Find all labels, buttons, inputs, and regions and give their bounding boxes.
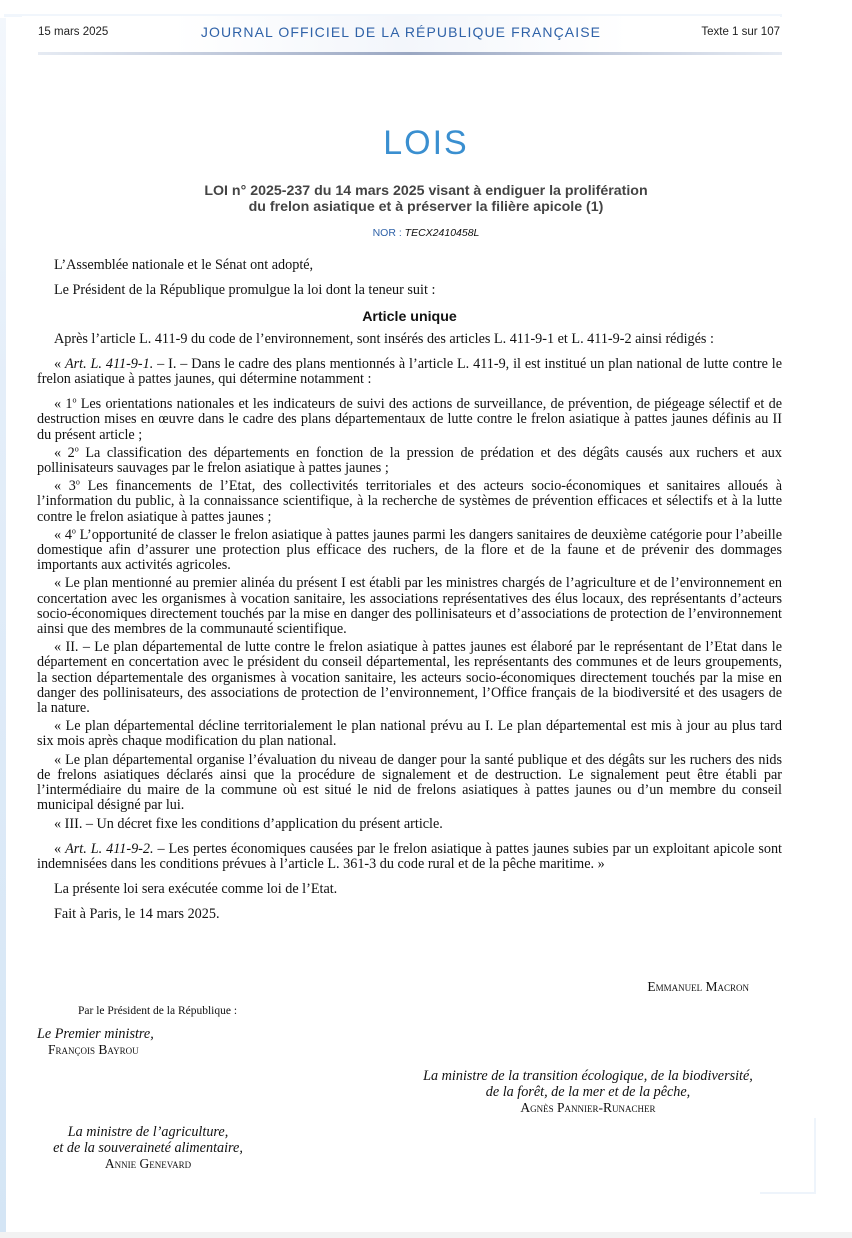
paragraph-item-1: « 1o Les orientations nationales et les … [37, 397, 782, 443]
law-body: L’Assemblée nationale et le Sénat ont ad… [37, 258, 782, 923]
paragraph-done-at: Fait à Paris, le 14 mars 2025. [37, 907, 782, 922]
paragraph-item-4: « 4o L’opportunité de classer le frelon … [37, 528, 782, 574]
signature-agriculture-minister: La ministre de l’agriculture, et de la s… [37, 1124, 259, 1172]
section-title: LOIS [0, 124, 852, 163]
journal-title: JOURNAL OFFICIEL DE LA RÉPUBLIQUE FRANÇA… [22, 24, 780, 40]
article-reference: Art. L. 411-9-1. [65, 356, 153, 372]
signatory-name: François Bayrou [37, 1042, 154, 1058]
signatory-role: et de la souveraineté alimentaire, [37, 1140, 259, 1156]
law-title-line-2: du frelon asiatique et à préserver la fi… [0, 199, 852, 215]
page-corner-frame [760, 1118, 816, 1194]
signatory-role: Le Premier ministre, [37, 1026, 154, 1042]
signatory-name: Agnès Pannier-Runacher [392, 1100, 784, 1116]
law-title: LOI n° 2025-237 du 14 mars 2025 visant à… [0, 183, 852, 215]
paragraph-art-411-9-2: « Art. L. 411-9-2. – Les pertes économiq… [37, 842, 782, 872]
nor-label: NOR : [373, 227, 402, 239]
nor-code: TECX2410458L [405, 227, 480, 239]
signature-ecology-minister: La ministre de la transition écologique,… [392, 1068, 784, 1116]
signatory-role: La ministre de la transition écologique,… [392, 1068, 784, 1084]
paragraph-execution: La présente loi sera exécutée comme loi … [37, 882, 782, 897]
signature-prime-minister: Le Premier ministre, François Bayrou [37, 1026, 154, 1058]
signatory-role: de la forêt, de la mer et de la pêche, [392, 1084, 784, 1100]
paragraph-section-ii: « II. – Le plan départemental de lutte c… [37, 640, 782, 716]
law-title-line-1: LOI n° 2025-237 du 14 mars 2025 visant à… [0, 183, 852, 199]
paragraph-intro: Après l’article L. 411-9 du code de l’en… [37, 332, 782, 347]
header-divider [38, 52, 782, 55]
signatory-role: La ministre de l’agriculture, [37, 1124, 259, 1140]
paragraph-plan-decline: « Le plan départemental décline territor… [37, 719, 782, 749]
paragraph-art-411-9-1: « Art. L. 411-9-1. – I. – Dans le cadre … [37, 357, 782, 387]
signature-president: Emmanuel Macron [647, 979, 749, 995]
paragraph-item-2: « 2o La classification des départements … [37, 446, 782, 476]
page-bottom-edge [0, 1232, 852, 1238]
paragraph-plan-evaluation: « Le plan départemental organise l’évalu… [37, 753, 782, 814]
paragraph-plan-national: « Le plan mentionné au premier alinéa du… [37, 576, 782, 637]
by-the-president-label: Par le Président de la République : [78, 1005, 237, 1017]
preamble-promulgation: Le Président de la République promulgue … [37, 283, 782, 298]
paragraph-item-3: « 3o Les financements de l’Etat, des col… [37, 479, 782, 525]
signatory-name: Annie Genevard [37, 1156, 259, 1172]
nor-reference: NOR : TECX2410458L [0, 227, 852, 239]
page-header: 15 mars 2025 JOURNAL OFFICIEL DE LA RÉPU… [22, 16, 780, 52]
preamble-adopted: L’Assemblée nationale et le Sénat ont ad… [37, 258, 782, 273]
paragraph-section-iii: « III. – Un décret fixe les conditions d… [37, 817, 782, 832]
article-reference: Art. L. 411-9-2. [65, 841, 153, 857]
text-counter: Texte 1 sur 107 [701, 26, 780, 38]
article-heading: Article unique [37, 310, 782, 325]
